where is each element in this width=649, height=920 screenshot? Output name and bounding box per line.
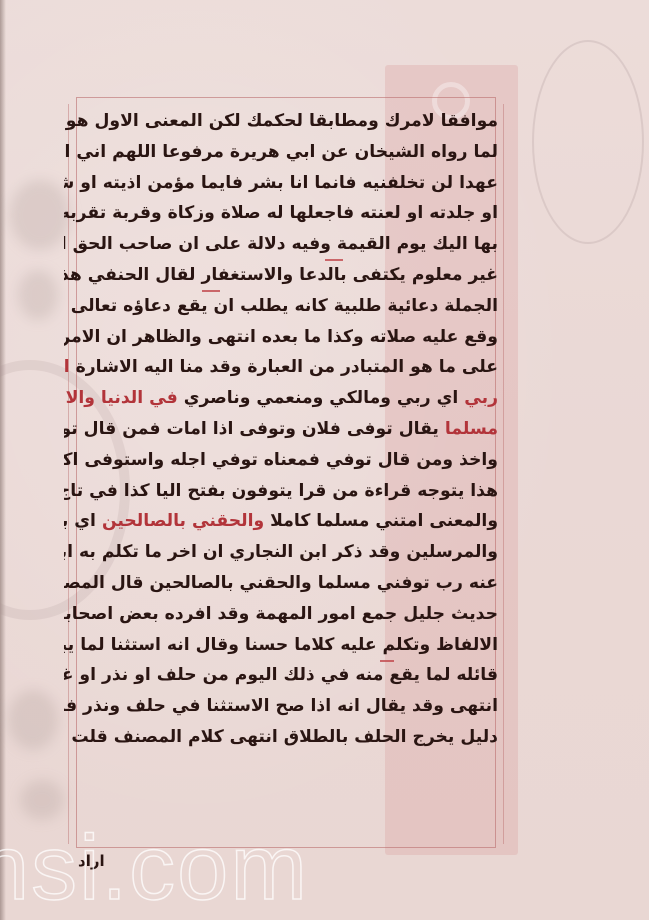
rubric-text: مسلما — [445, 419, 498, 439]
body-text: عهدا لن تخلفنيه فانما انا بشر فايما مؤمن… — [64, 173, 498, 193]
manuscript-line: دليل يخرج الحلف بالطلاق انتهى كلام المصن… — [64, 722, 498, 753]
body-text: يقال توفى فلان وتوفى اذا امات فمن قال تو… — [64, 419, 445, 439]
body-text: بها اليك يوم القيمة وفيه دلالة على ان صا… — [64, 234, 498, 254]
body-text: عنه رب توفني مسلما والحقني بالصالحين قال… — [64, 573, 498, 593]
manuscript-line: الالفاظ وتكلم عليه كلاما حسنا وقال انه ا… — [64, 630, 498, 661]
body-text: حديث جليل جمع امور المهمة وقد افرده بعض … — [64, 604, 498, 624]
manuscript-line: مسلما يقال توفى فلان وتوفى اذا امات فمن … — [64, 414, 498, 445]
paper-stain — [10, 180, 70, 250]
paper-stain — [18, 270, 58, 320]
oval-stamp-ghost-icon — [532, 40, 644, 244]
manuscript-line: ربي اي ربي ومالكي ومنعمي وناصري في الدني… — [64, 383, 498, 414]
body-text: والمرسلين وقد ذكر ابن النجاري ان اخر ما … — [64, 542, 498, 562]
body-text: دليل يخرج الحلف بالطلاق انتهى كلام المصن… — [64, 727, 498, 747]
body-text: واخذ ومن قال توفي فمعناه توفي اجله واستو… — [64, 450, 498, 470]
manuscript-line: بها اليك يوم القيمة وفيه دلالة على ان صا… — [64, 229, 498, 260]
paper-stain — [8, 690, 58, 750]
manuscript-line: قائله لما يقع منه في ذلك اليوم من حلف او… — [64, 660, 498, 691]
manuscript-page: موافقا لامرك ومطابقا لحكمك لكن المعنى ال… — [0, 0, 649, 920]
manuscript-line: غير معلوم يكتفى بالدعا والاستغفار لقال ا… — [64, 260, 498, 291]
manuscript-line: والمرسلين وقد ذكر ابن النجاري ان اخر ما … — [64, 537, 498, 568]
body-text: موافقا لامرك ومطابقا لحكمك لكن المعنى ال… — [64, 111, 498, 131]
manuscript-line: على ما هو المتبادر من العبارة وقد منا ال… — [64, 352, 498, 383]
manuscript-line: لما رواه الشيخان عن ابي هريرة مرفوعا الل… — [64, 137, 498, 168]
manuscript-line: وقع عليه صلاته وكذا ما بعده انتهى والظاه… — [64, 322, 498, 353]
rubric-text: في الدنيا والاخرة توفني — [64, 388, 178, 408]
manuscript-line: انتهى وقد يقال انه اذا صح الاستثنا في حل… — [64, 691, 498, 722]
body-text: اي ربي ومالكي ومنعمي وناصري — [178, 388, 465, 408]
rubric-text: والحقني بالصالحين — [102, 511, 264, 531]
body-text: او جلدته او لعنته فاجعلها له صلاة وزكاة … — [64, 203, 498, 223]
manuscript-line: واخذ ومن قال توفي فمعناه توفي اجله واستو… — [64, 445, 498, 476]
body-text: على ما هو المتبادر من العبارة وقد منا ال… — [70, 357, 498, 377]
rubric-text: ربي — [464, 388, 498, 408]
body-text: هذا يتوجه قراءة من قرا يتوفون بفتح اليا … — [64, 481, 498, 501]
body-text: وقع عليه صلاته وكذا ما بعده انتهى والظاه… — [64, 327, 498, 347]
body-text: انتهى وقد يقال انه اذا صح الاستثنا في حل… — [64, 696, 498, 716]
manuscript-line: هذا يتوجه قراءة من قرا يتوفون بفتح اليا … — [64, 476, 498, 507]
body-text: الالفاظ وتكلم عليه كلاما حسنا وقال انه ا… — [64, 635, 498, 655]
manuscript-line: والمعنى امتني مسلما كاملا والحقني بالصال… — [64, 506, 498, 537]
rubric-overline — [380, 660, 394, 662]
paper-stain — [20, 780, 64, 820]
body-text: اي بالانبيا — [64, 511, 102, 531]
manuscript-line: حديث جليل جمع امور المهمة وقد افرده بعض … — [64, 599, 498, 630]
rubric-overline — [202, 290, 220, 292]
manuscript-line: عنه رب توفني مسلما والحقني بالصالحين قال… — [64, 568, 498, 599]
body-text: الجملة دعائية طلبية كانه يطلب ان يقع دعا… — [64, 296, 498, 316]
manuscript-line: عهدا لن تخلفنيه فانما انا بشر فايما مؤمن… — [64, 168, 498, 199]
rubric-overline — [325, 259, 343, 261]
manuscript-line: موافقا لامرك ومطابقا لحكمك لكن المعنى ال… — [64, 106, 498, 137]
watermark-text: nsi.com — [0, 822, 309, 914]
body-text: قائله لما يقع منه في ذلك اليوم من حلف او… — [64, 665, 498, 685]
manuscript-text-block: موافقا لامرك ومطابقا لحكمك لكن المعنى ال… — [64, 106, 498, 753]
body-text: غير معلوم يكتفى بالدعا والاستغفار لقال ا… — [64, 265, 498, 285]
body-text: والمعنى امتني مسلما كاملا — [264, 511, 498, 531]
manuscript-line: الجملة دعائية طلبية كانه يطلب ان يقع دعا… — [64, 291, 498, 322]
manuscript-line: او جلدته او لعنته فاجعلها له صلاة وزكاة … — [64, 198, 498, 229]
body-text: لما رواه الشيخان عن ابي هريرة مرفوعا الل… — [64, 142, 498, 162]
